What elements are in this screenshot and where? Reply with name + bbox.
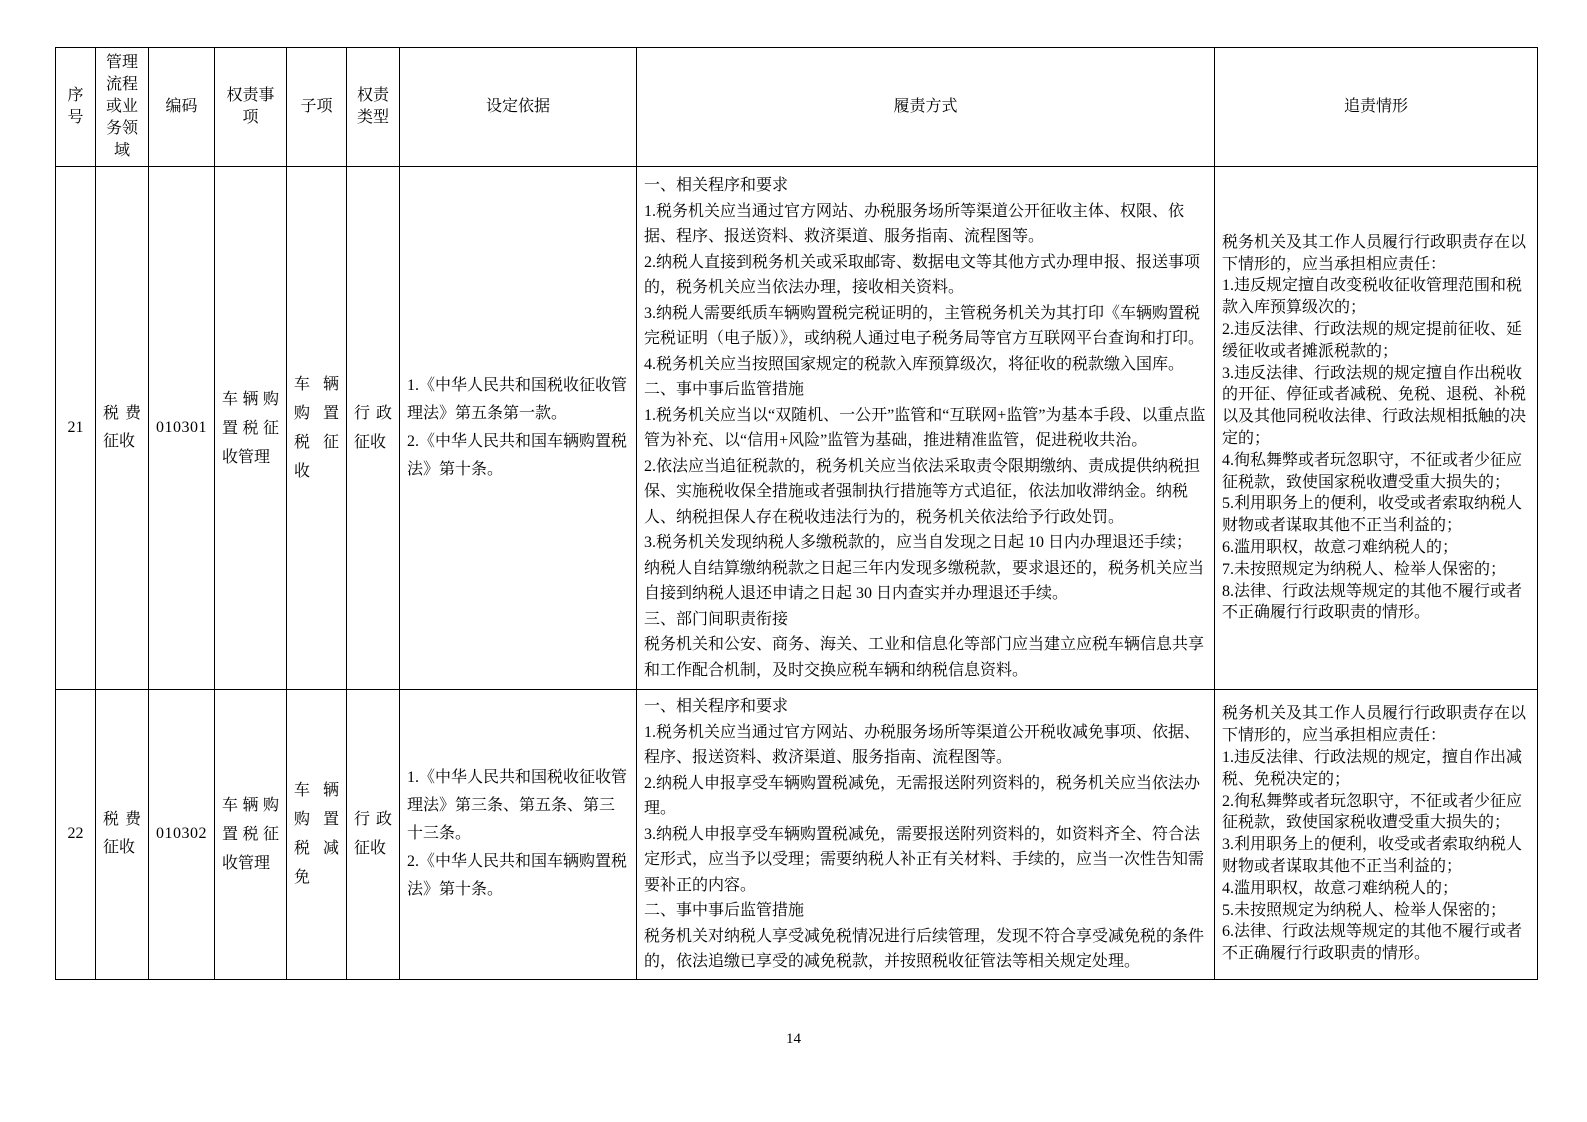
col-header-sub-item: 子项: [287, 48, 347, 167]
row22-type: 行政征收: [347, 690, 400, 980]
row22-accountability: 税务机关及其工作人员履行行政职责存在以下情形的，应当承担相应责任： 1.违反法律…: [1215, 690, 1538, 980]
col-header-type: 权责类型: [347, 48, 400, 167]
row22-performance: 一、相关程序和要求 1.税务机关应当通过官方网站、办税服务场所等渠道公开税收减免…: [637, 690, 1215, 980]
row21-performance: 一、相关程序和要求 1.税务机关应当通过官方网站、办税服务场所等渠道公开征收主体…: [637, 167, 1215, 690]
col-header-seq: 序号: [56, 48, 96, 167]
col-header-basis: 设定依据: [400, 48, 637, 167]
row21-type: 行政征收: [347, 167, 400, 690]
col-header-performance: 履责方式: [637, 48, 1215, 167]
row22-basis: 1.《中华人民共和国税收征收管理法》第三条、第五条、第三十三条。 2.《中华人民…: [400, 690, 637, 980]
row21-accountability: 税务机关及其工作人员履行行政职责存在以下情形的，应当承担相应责任： 1.违反规定…: [1215, 167, 1538, 690]
row21-code: 010301: [149, 167, 215, 690]
col-header-code: 编码: [149, 48, 215, 167]
table-header-row: 序号 管理流程或业务领域 编码 权责事项 子项 权责类型 设定依据 履责方式 追…: [56, 48, 1538, 167]
table-row: 21 税费征收 010301 车辆购置税征收管理 车辆购置税征收 行政征收 1.…: [56, 167, 1538, 690]
col-header-matter: 权责事项: [215, 48, 287, 167]
table-row: 22 税费征收 010302 车辆购置税征收管理 车辆购置税减免 行政征收 1.…: [56, 690, 1538, 980]
row22-matter: 车辆购置税征收管理: [215, 690, 287, 980]
row22-code: 010302: [149, 690, 215, 980]
row22-sub-item: 车辆购置税减免: [287, 690, 347, 980]
page-number: 14: [0, 1030, 1587, 1048]
row22-area: 税费征收: [96, 690, 149, 980]
document-page: 序号 管理流程或业务领域 编码 权责事项 子项 权责类型 设定依据 履责方式 追…: [0, 0, 1587, 1122]
responsibility-table: 序号 管理流程或业务领域 编码 权责事项 子项 权责类型 设定依据 履责方式 追…: [55, 47, 1538, 980]
row21-matter: 车辆购置税征收管理: [215, 167, 287, 690]
row21-basis: 1.《中华人民共和国税收征收管理法》第五条第一款。 2.《中华人民共和国车辆购置…: [400, 167, 637, 690]
row21-seq: 21: [56, 167, 96, 690]
row22-seq: 22: [56, 690, 96, 980]
col-header-area: 管理流程或业务领域: [96, 48, 149, 167]
row21-area: 税费征收: [96, 167, 149, 690]
col-header-accountability: 追责情形: [1215, 48, 1538, 167]
row21-sub-item: 车辆购置税征收: [287, 167, 347, 690]
